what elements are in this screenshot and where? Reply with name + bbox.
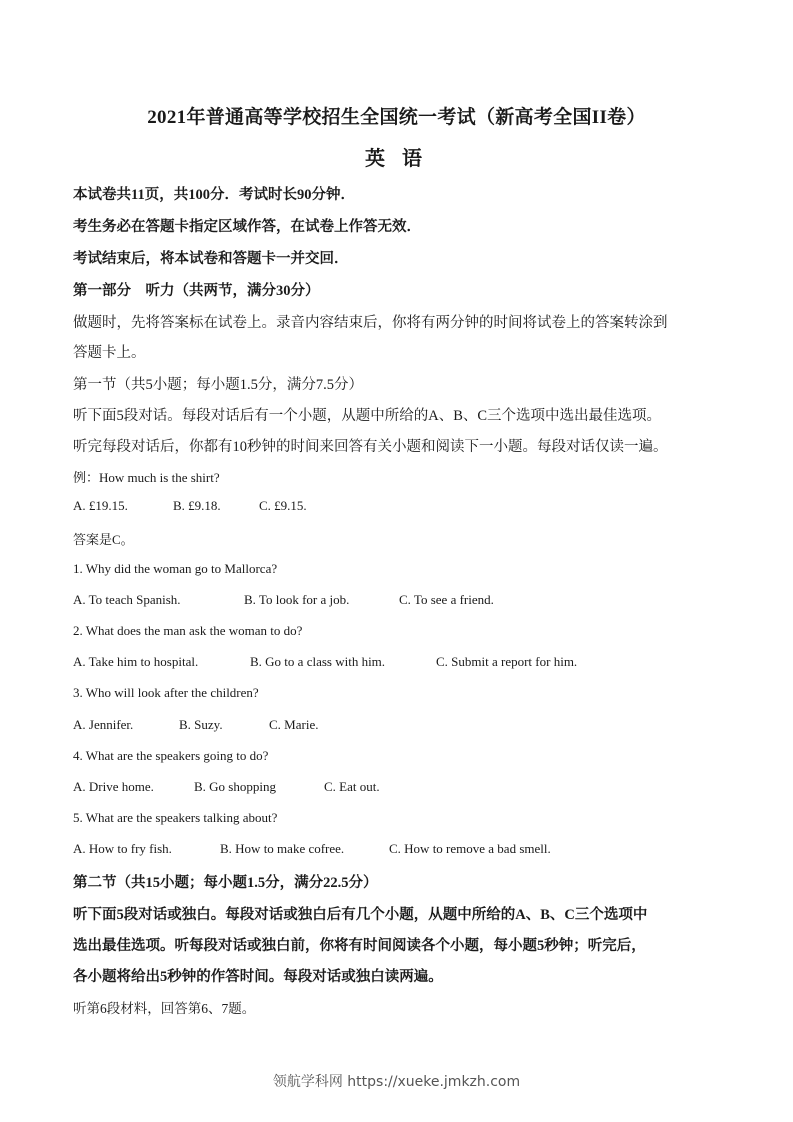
- option-b: B. To look for a job.: [244, 592, 349, 608]
- option-a: A. To teach Spanish.: [73, 592, 181, 608]
- option-b: B. Suzy.: [179, 717, 223, 733]
- option-c: C. £9.15.: [259, 498, 307, 514]
- example-question: 例：How much is the shirt?: [73, 467, 220, 486]
- watermark-footer: 领航学科网 https://xueke.jmkzh.com: [0, 1071, 793, 1091]
- section1-desc-line2: 听完每段对话后，你都有10秒钟的时间来回答有关小题和阅读下一小题。每段对话仅读一…: [73, 435, 668, 456]
- option-a: A. Jennifer.: [73, 717, 133, 733]
- option-a: A. £19.15.: [73, 498, 128, 514]
- option-b: B. £9.18.: [173, 498, 221, 514]
- instruction-3: 考试结束后，将本试卷和答题卡一并交回．: [73, 247, 349, 268]
- example-answer: 答案是C。: [73, 529, 134, 548]
- option-a: A. How to fry fish.: [73, 841, 172, 857]
- section2-desc-line2: 选出最佳选项。听每段对话或独白前，你将有时间阅读各个小题，每小题5秒钟；听完后，: [73, 934, 646, 955]
- option-c: C. Eat out.: [324, 779, 380, 795]
- exam-title: 2021年普通高等学校招生全国统一考试（新高考全国II卷）: [0, 102, 793, 129]
- part1-intro-line1: 做题时，先将答案标在试卷上。录音内容结束后，你将有两分钟的时间将试卷上的答案转涂…: [73, 311, 668, 332]
- option-a: A. Drive home.: [73, 779, 154, 795]
- part1-intro-line2: 答题卡上。: [73, 341, 146, 362]
- question-2: 2. What does the man ask the woman to do…: [73, 623, 302, 639]
- question-4: 4. What are the speakers going to do?: [73, 748, 268, 764]
- option-a: A. Take him to hospital.: [73, 654, 198, 670]
- question-5: 5. What are the speakers talking about?: [73, 810, 277, 826]
- option-c: C. Submit a report for him.: [436, 654, 577, 670]
- section2-heading: 第二节（共15小题；每小题1.5分，满分22.5分）: [73, 871, 378, 892]
- option-b: B. How to make cofree.: [220, 841, 344, 857]
- instruction-1: 本试卷共11页，共100分．考试时长90分钟．: [73, 183, 355, 204]
- option-c: C. Marie.: [269, 717, 318, 733]
- question-1: 1. Why did the woman go to Mallorca?: [73, 561, 277, 577]
- part1-heading: 第一部分 听力（共两节，满分30分）: [73, 279, 320, 300]
- section2-desc-line3: 各小题将给出5秒钟的作答时间。每段对话或独白读两遍。: [73, 965, 443, 986]
- option-b: B. Go shopping: [194, 779, 276, 795]
- exam-page: 2021年普通高等学校招生全国统一考试（新高考全国II卷） 英 语 本试卷共11…: [0, 0, 793, 1122]
- option-b: B. Go to a class with him.: [250, 654, 385, 670]
- instruction-2: 考生务必在答题卡指定区域作答，在试卷上作答无效．: [73, 215, 421, 236]
- question-3: 3. Who will look after the children?: [73, 685, 259, 701]
- subject-title: 英 语: [0, 142, 793, 171]
- section1-desc-line1: 听下面5段对话。每段对话后有一个小题，从题中所给的A、B、C三个选项中选出最佳选…: [73, 404, 661, 425]
- option-c: C. How to remove a bad smell.: [389, 841, 551, 857]
- material-note: 听第6段材料，回答第6、7题。: [73, 997, 255, 1017]
- option-c: C. To see a friend.: [399, 592, 494, 608]
- section1-heading: 第一节（共5小题；每小题1.5分，满分7.5分）: [73, 373, 363, 394]
- section2-desc-line1: 听下面5段对话或独白。每段对话或独白后有几个小题，从题中所给的A、B、C三个选项…: [73, 903, 647, 924]
